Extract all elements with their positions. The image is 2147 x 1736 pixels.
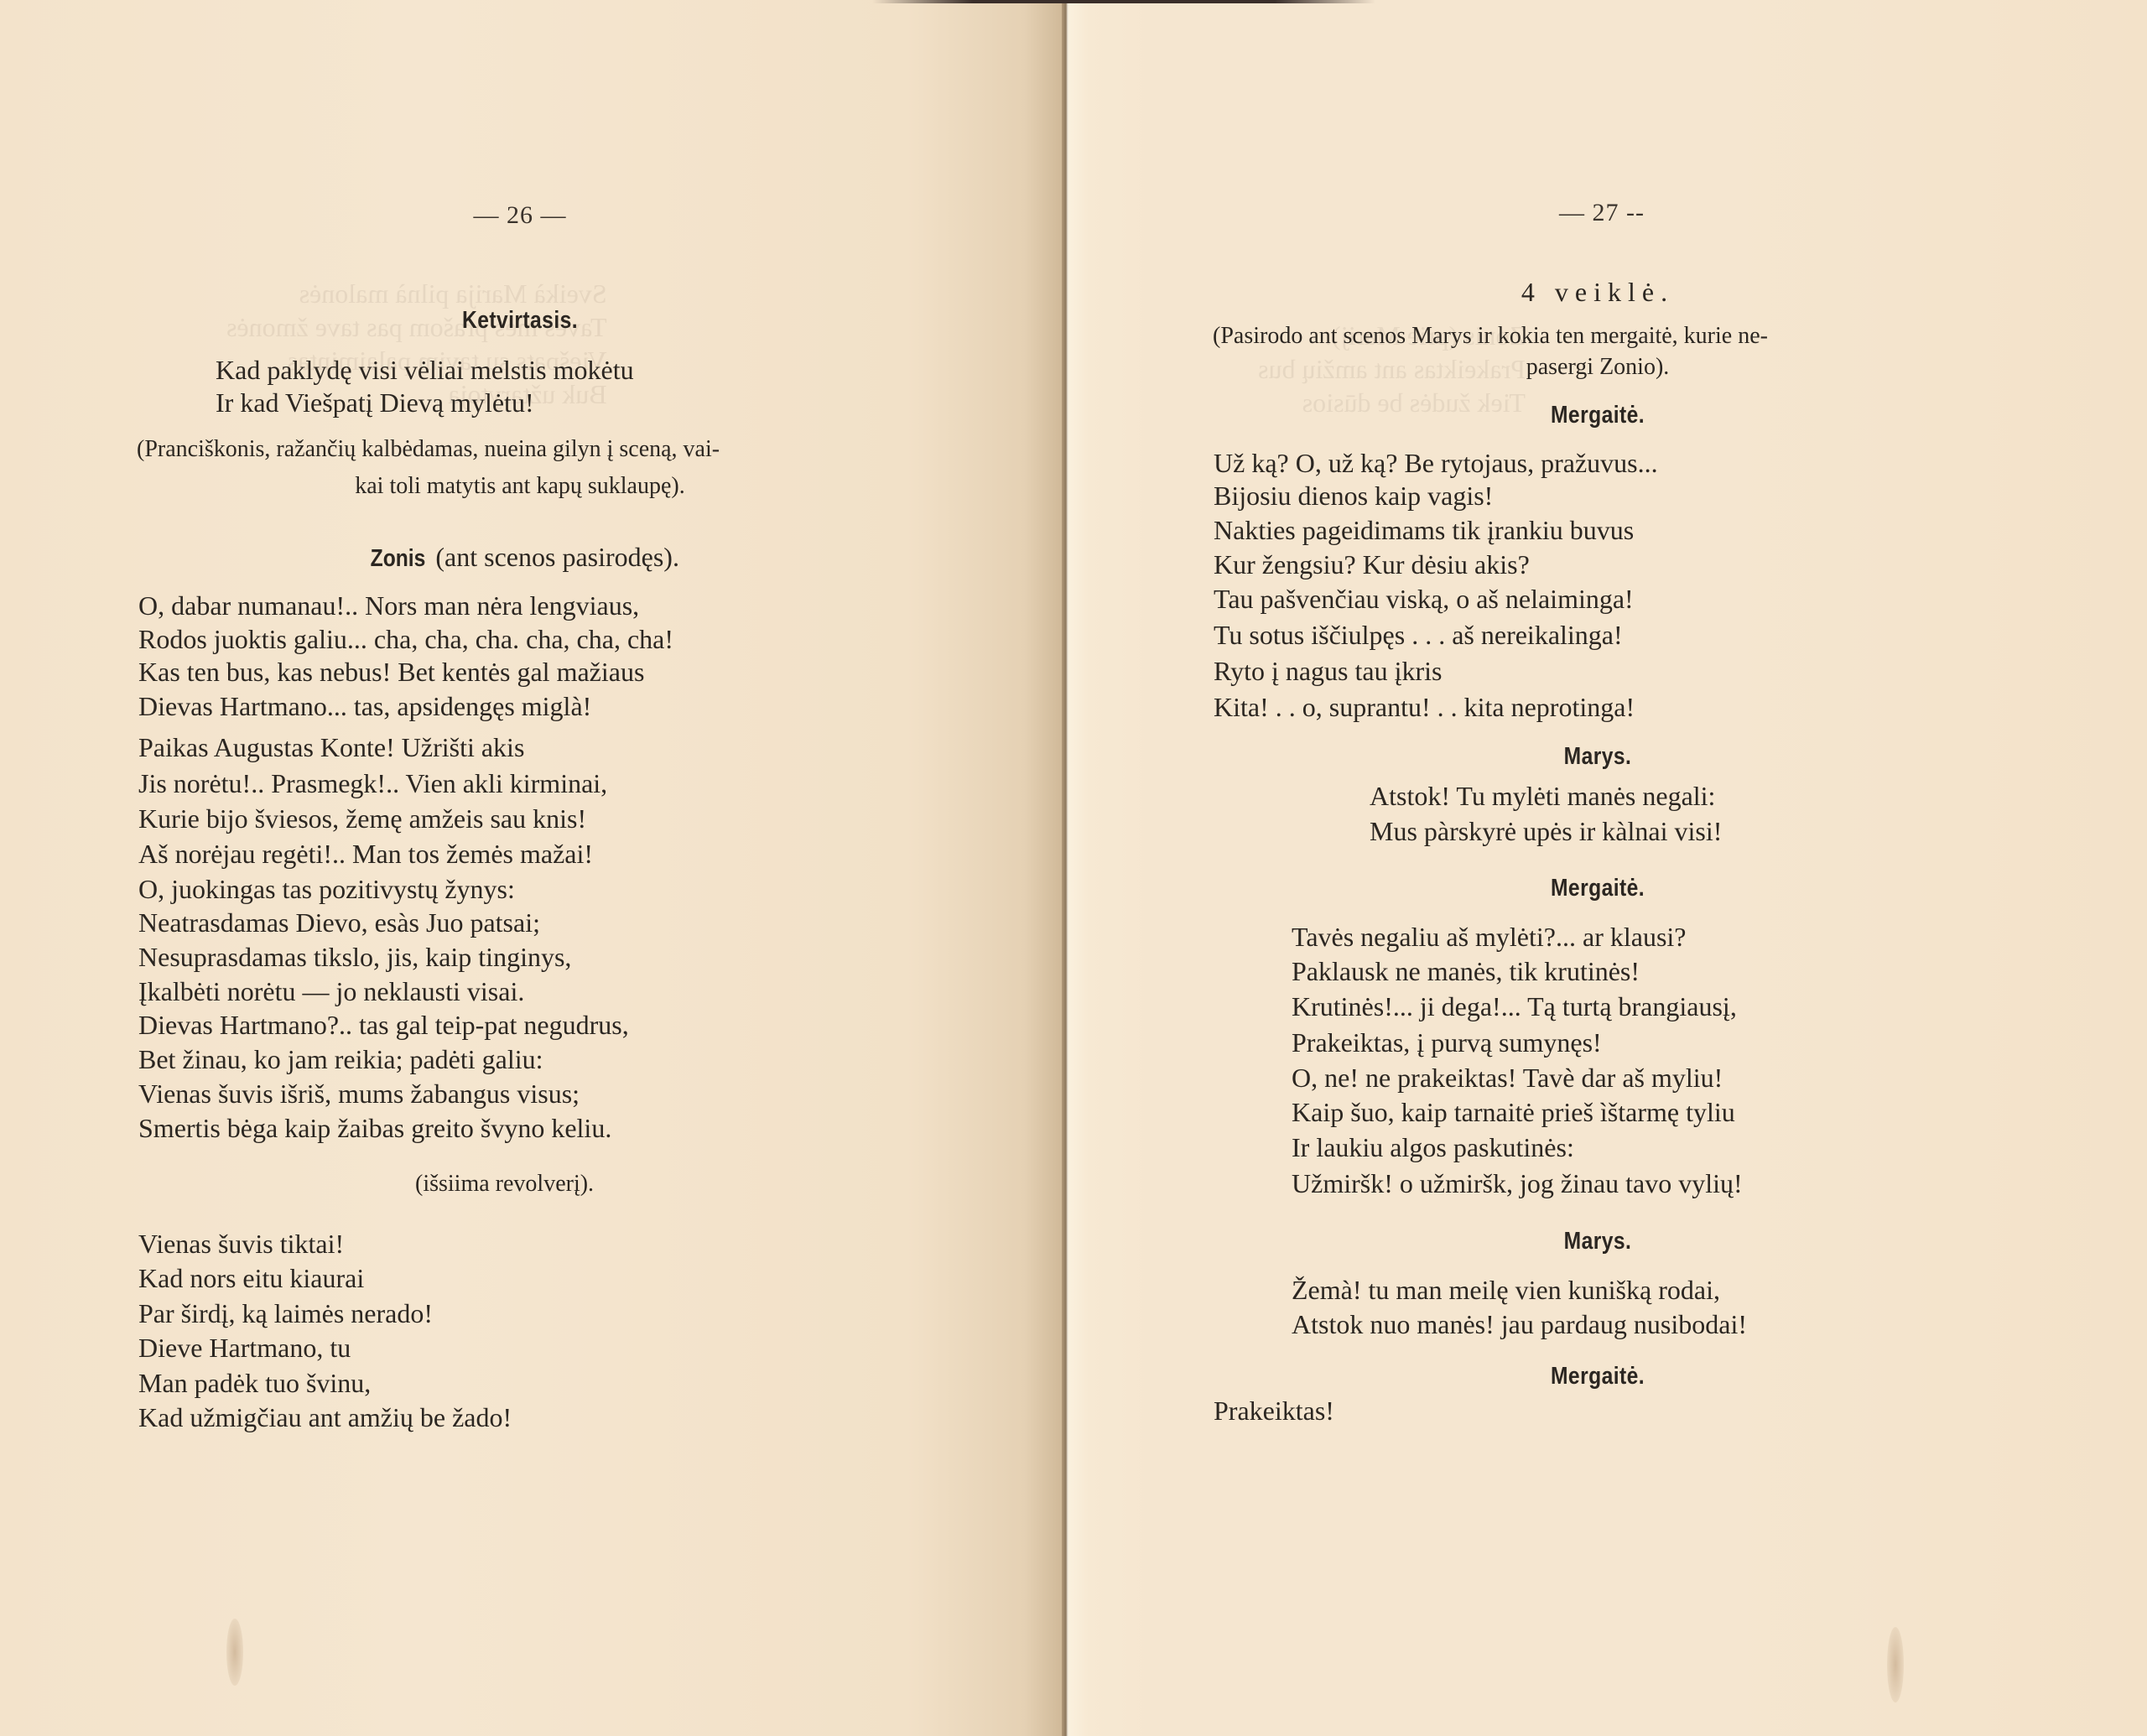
speaker-heading-with-direction: Zonis (ant scenos pasirodęs).	[361, 540, 679, 575]
verse-line: Dievas Hartmano... tas, apsidengęs miglà…	[138, 689, 591, 723]
speaker-name: Zonis	[371, 542, 426, 575]
verse-line: Par širdį, ką laimės nerado!	[138, 1297, 433, 1330]
verse-line: Smertis bėga kaip žaibas greito švyno ke…	[138, 1111, 611, 1145]
speaker-heading: Mergaitė.	[1551, 398, 1645, 432]
verse-line: Dieve Hartmano, tu	[138, 1331, 351, 1364]
verse-line: Neatrasdamas Dievo, esàs Juo patsai;	[138, 906, 540, 939]
book-gutter	[1062, 0, 1068, 1736]
speaker-direction: (ant scenos pasirodęs).	[435, 542, 679, 572]
verse-line: Kita! . . o, suprantu! . . kita neprotin…	[1214, 690, 1635, 724]
stage-direction: (išsiima revolverį).	[415, 1167, 594, 1201]
verse-line: Kad nors eitu kiaurai	[138, 1261, 364, 1295]
verse-line: Tavės negaliu aš mylėti?... ar klausi?	[1292, 920, 1686, 954]
verse-line: Atstok! Tu mylėti manės negali:	[1370, 779, 1715, 813]
speaker-heading: Ketvirtasis.	[462, 304, 578, 337]
speaker-heading: Marys.	[1564, 1224, 1632, 1258]
verse-line: Paklausk ne manės, tik krutinės!	[1292, 954, 1640, 988]
verse-line: Paikas Augustas Konte! Užrišti akis	[138, 730, 524, 764]
page-number: — 27 --	[1559, 199, 1645, 227]
verse-line: Už ką? O, už ką? Be rytojaus, pražuvus..…	[1214, 446, 1658, 480]
verse-line: Kur žengsiu? Kur dėsiu akis?	[1214, 548, 1530, 581]
stage-direction: kai toli matytis ant kapų suklaupę).	[355, 470, 684, 503]
book-spread: Sveikà Marija pilnà malonės Tavės mes pr…	[0, 0, 2147, 1736]
verse-line: Ir kad Viešpatį Dievą mylėtu!	[216, 386, 534, 419]
verse-line: Jis norėtu!.. Prasmegk!.. Vien akli kirm…	[138, 767, 607, 800]
verse-line: Nesuprasdamas tikslo, jis, kaip tinginys…	[138, 940, 571, 974]
stage-direction: (Pasirodo ant scenos Marys ir kokia ten …	[1213, 320, 1768, 353]
verse-line: Tau pašvenčiau viską, o aš nelaiminga!	[1214, 582, 1634, 616]
verse-line: Žemà! tu man meilę vien kunišką rodai,	[1292, 1273, 1720, 1307]
verse-line: Atstok nuo manės! jau pardaug nusibodai!	[1292, 1307, 1747, 1341]
verse-line: O, dabar numanau!.. Nors man nėra lengvi…	[138, 589, 639, 622]
verse-line: Ir laukiu algos paskutinės:	[1292, 1130, 1574, 1164]
verse-line: Įkalbėti norėtu — jo neklausti visai.	[138, 975, 524, 1008]
verse-line: Kad paklydę visi vėliai melstis mokėtu	[216, 353, 634, 387]
verse-line: Bet žinau, ko jam reikia; padėti galiu:	[138, 1042, 543, 1076]
verse-line: Mus pàrskyrė upės ir kàlnai visi!	[1370, 814, 1722, 848]
verse-line: Kad užmigčiau ant amžių be žado!	[138, 1401, 512, 1434]
verse-line: Bijosiu dienos kaip vagis!	[1214, 479, 1493, 512]
right-page	[1067, 0, 2147, 1736]
stage-direction: (Pranciškonis, ražančių kalbėdamas, nuei…	[137, 433, 720, 466]
verse-line: Kas ten bus, kas nebus! Bet kentės gal m…	[138, 655, 644, 689]
scan-edge	[872, 0, 1375, 3]
verse-line: Vienas šuvis išriš, mums žabangus visus;	[138, 1077, 580, 1110]
verse-line: Nakties pageidimams tik įrankiu buvus	[1214, 513, 1634, 547]
verse-line: Kurie bijo šviesos, žemę amžeis sau knis…	[138, 802, 586, 835]
verse-line: Užmiršk! o užmiršk, jog žinau tavo vylių…	[1292, 1167, 1743, 1200]
verse-line: Kaip šuo, kaip tarnaitė prieš ìštarmę ty…	[1292, 1095, 1735, 1129]
verse-line: Prakeiktas, į purvą sumynęs!	[1292, 1026, 1602, 1059]
act-heading: 4 veiklė.	[1521, 275, 1674, 309]
verse-line: Aš norėjau regėti!.. Man tos žemės mažai…	[138, 837, 593, 871]
speaker-heading: Mergaitė.	[1551, 1359, 1645, 1393]
stage-direction: pasergi Zonio).	[1526, 351, 1670, 384]
verse-line: Man padėk tuo švinu,	[138, 1366, 371, 1400]
verse-line: O, ne! ne prakeiktas! Tavè dar aš myliu!	[1292, 1061, 1723, 1094]
verse-line: Tu sotus iščiulpęs . . . aš nereikalinga…	[1214, 618, 1623, 652]
verse-line: Dievas Hartmano?.. tas gal teip-pat negu…	[138, 1008, 629, 1042]
speaker-heading: Marys.	[1564, 740, 1632, 773]
speaker-heading: Mergaitė.	[1551, 871, 1645, 905]
page-number: — 26 —	[474, 201, 567, 230]
verse-line: Rodos juoktis galiu... cha, cha, cha. ch…	[138, 622, 673, 656]
verse-line: Vienas šuvis tiktai!	[138, 1227, 344, 1260]
verse-line: Krutinės!... ji dega!... Tą turtą brangi…	[1292, 990, 1737, 1023]
verse-line: Prakeiktas!	[1214, 1394, 1334, 1427]
verse-line: O, juokingas tas pozitivystų žynys:	[138, 872, 515, 906]
verse-line: Ryto į nagus tau įkris	[1214, 654, 1442, 688]
